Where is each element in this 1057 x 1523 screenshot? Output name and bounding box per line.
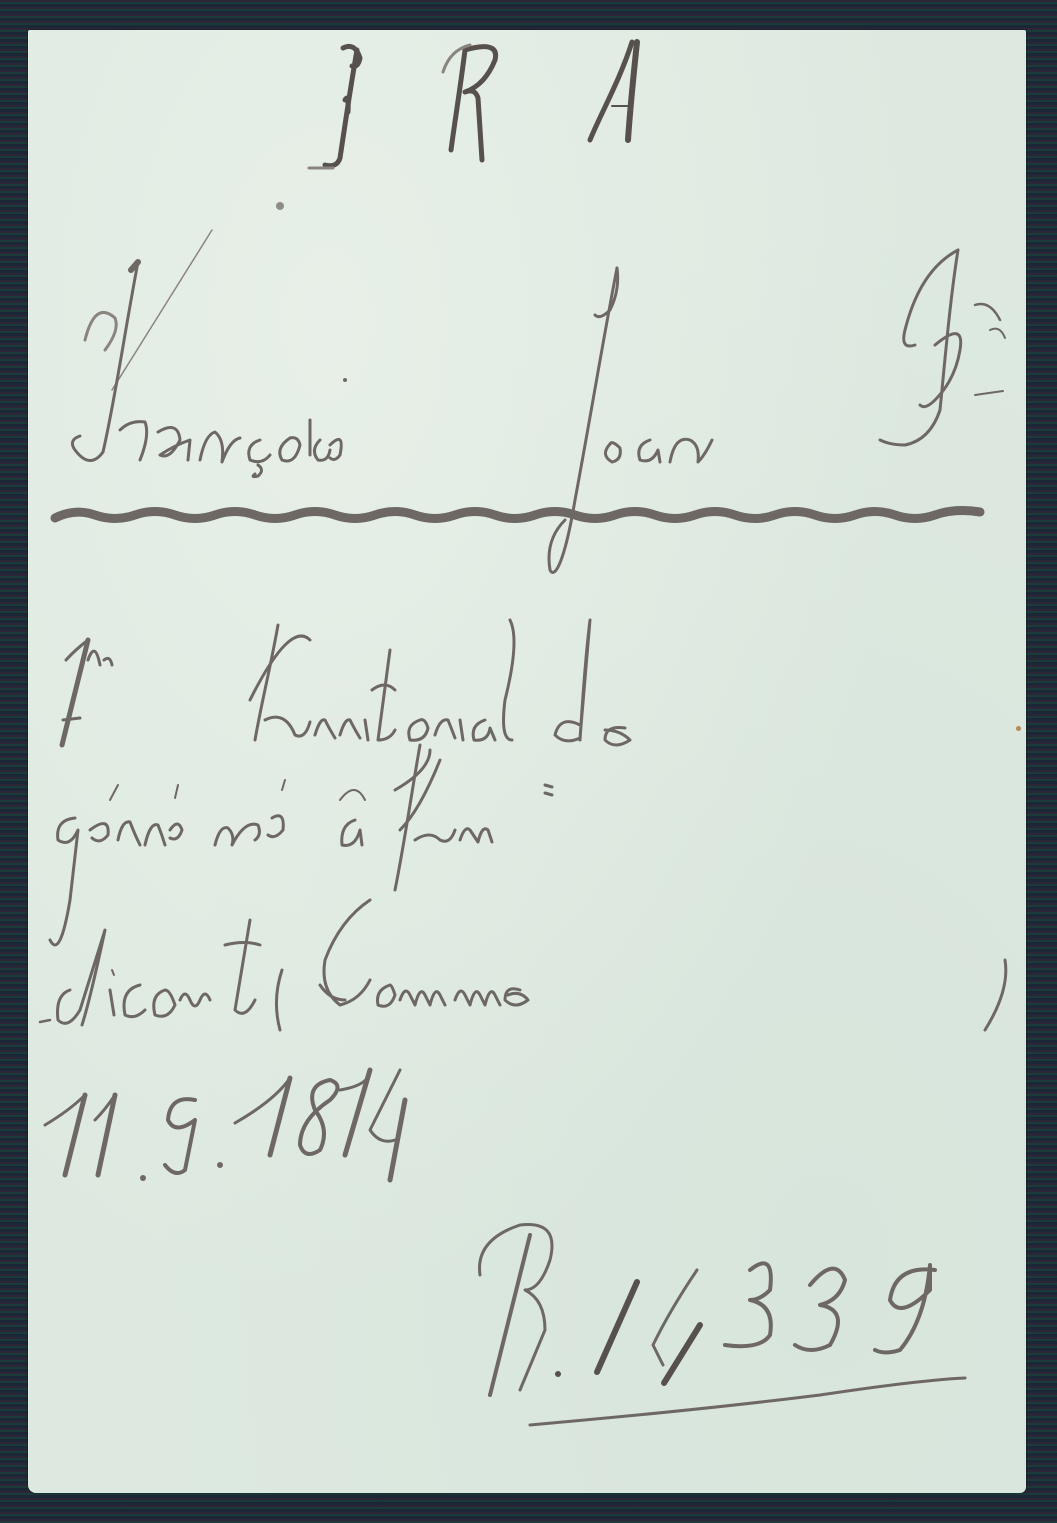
name-ink	[72, 230, 1005, 572]
birth-line-ink	[50, 745, 552, 945]
unit-line-ink	[62, 620, 630, 745]
name-underline-ink	[55, 511, 980, 519]
reference-number-ink	[480, 1224, 966, 1425]
handwriting-ink-layer	[0, 0, 1057, 1523]
birthplace-line-ink	[40, 900, 1006, 1030]
header-country-code-ink	[309, 42, 637, 168]
birth-date-ink	[45, 1070, 405, 1181]
